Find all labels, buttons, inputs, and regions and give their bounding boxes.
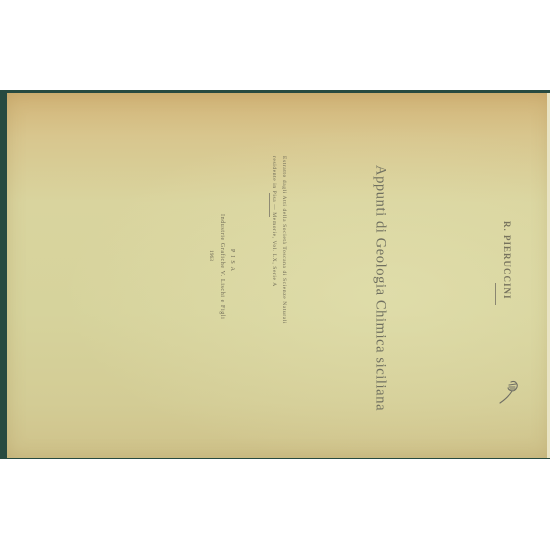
imprint-year: 1963: [208, 250, 214, 261]
author-name: R. PIERUCCINI: [502, 221, 512, 300]
extract-line-2: residente in Pisa — Memorie, Vol. LX, Se…: [271, 156, 277, 287]
imprint-printer: Industrie Grafiche V. Lischi e Figli: [219, 214, 225, 319]
paper-sheet: R. PIERUCCINI Appunti di Geologia Chimic…: [7, 93, 550, 458]
extract-divider: [269, 193, 270, 217]
extract-line-1: Estratto dagli Atti della Società Toscan…: [281, 156, 287, 324]
scanned-page-frame: R. PIERUCCINI Appunti di Geologia Chimic…: [0, 90, 550, 459]
document-title: Appunti di Geologia Chimica siciliana: [372, 165, 389, 411]
author-divider: [495, 283, 496, 305]
signature-icon: [497, 378, 523, 406]
imprint-city: PISA: [229, 249, 235, 274]
